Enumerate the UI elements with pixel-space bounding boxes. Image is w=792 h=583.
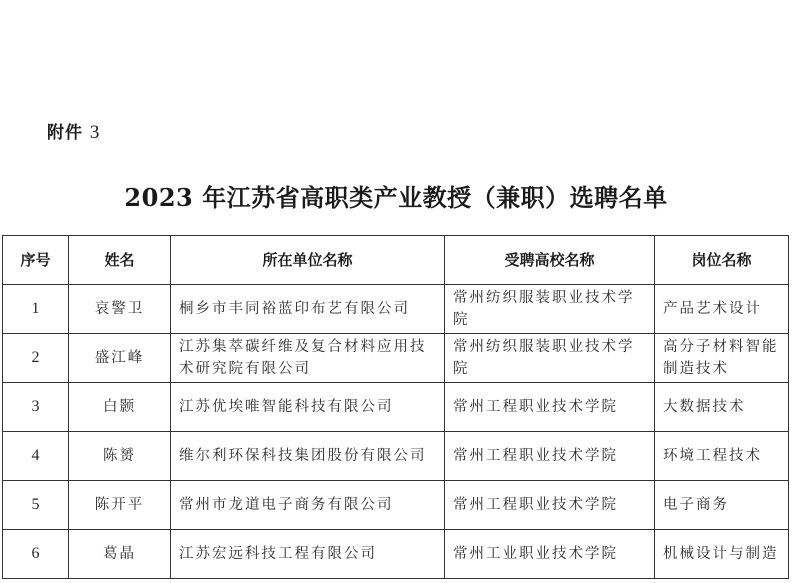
table-row: 6 葛晶 江苏宏远科技工程有限公司 常州工业职业技术学院 机械设计与制造	[3, 530, 789, 579]
header-employer: 所在单位名称	[171, 236, 445, 285]
attachment-label: 附件 3	[47, 118, 100, 144]
cell-college: 常州工程职业技术学院	[445, 432, 655, 481]
cell-serial-number: 1	[3, 285, 69, 334]
appointment-table: 序号 姓名 所在单位名称 受聘高校名称 岗位名称 1 哀警卫 桐乡市丰同裕蓝印布…	[2, 235, 789, 579]
cell-serial-number: 6	[3, 530, 69, 579]
cell-employer: 江苏宏远科技工程有限公司	[171, 530, 445, 579]
cell-serial-number: 3	[3, 383, 69, 432]
table-row: 1 哀警卫 桐乡市丰同裕蓝印布艺有限公司 常州纺织服装职业技术学院 产品艺术设计	[3, 285, 789, 334]
cell-serial-number: 2	[3, 334, 69, 383]
attachment-number: 3	[90, 122, 101, 143]
cell-post: 环境工程技术	[655, 432, 789, 481]
cell-name: 陈赟	[69, 432, 171, 481]
cell-college: 常州工业职业技术学院	[445, 530, 655, 579]
cell-post: 产品艺术设计	[655, 285, 789, 334]
table-row: 5 陈开平 常州市龙道电子商务有限公司 常州工程职业技术学院 电子商务	[3, 481, 789, 530]
cell-employer: 桐乡市丰同裕蓝印布艺有限公司	[171, 285, 445, 334]
cell-employer: 江苏优埃唯智能科技有限公司	[171, 383, 445, 432]
cell-post: 高分子材料智能制造技术	[655, 334, 789, 383]
table-row: 4 陈赟 维尔利环保科技集团股份有限公司 常州工程职业技术学院 环境工程技术	[3, 432, 789, 481]
cell-post: 电子商务	[655, 481, 789, 530]
cell-name: 哀警卫	[69, 285, 171, 334]
attachment-prefix: 附件	[47, 123, 83, 143]
table-row: 2 盛江峰 江苏集萃碳纤维及复合材料应用技术研究院有限公司 常州纺织服装职业技术…	[3, 334, 789, 383]
cell-employer: 维尔利环保科技集团股份有限公司	[171, 432, 445, 481]
cell-name: 葛晶	[69, 530, 171, 579]
cell-college: 常州工程职业技术学院	[445, 383, 655, 432]
table-header-row: 序号 姓名 所在单位名称 受聘高校名称 岗位名称	[3, 236, 789, 285]
header-serial-number: 序号	[3, 236, 69, 285]
header-post: 岗位名称	[655, 236, 789, 285]
header-name: 姓名	[69, 236, 171, 285]
cell-college: 常州纺织服装职业技术学院	[445, 285, 655, 334]
cell-name: 盛江峰	[69, 334, 171, 383]
cell-post: 机械设计与制造	[655, 530, 789, 579]
document-title: 2023 年江苏省高职类产业教授（兼职）选聘名单	[0, 178, 792, 213]
cell-college: 常州工程职业技术学院	[445, 481, 655, 530]
cell-college: 常州纺织服装职业技术学院	[445, 334, 655, 383]
header-college: 受聘高校名称	[445, 236, 655, 285]
cell-serial-number: 5	[3, 481, 69, 530]
cell-post: 大数据技术	[655, 383, 789, 432]
table-row: 3 白颢 江苏优埃唯智能科技有限公司 常州工程职业技术学院 大数据技术	[3, 383, 789, 432]
cell-name: 白颢	[69, 383, 171, 432]
cell-serial-number: 4	[3, 432, 69, 481]
cell-name: 陈开平	[69, 481, 171, 530]
cell-employer: 常州市龙道电子商务有限公司	[171, 481, 445, 530]
cell-employer: 江苏集萃碳纤维及复合材料应用技术研究院有限公司	[171, 334, 445, 383]
